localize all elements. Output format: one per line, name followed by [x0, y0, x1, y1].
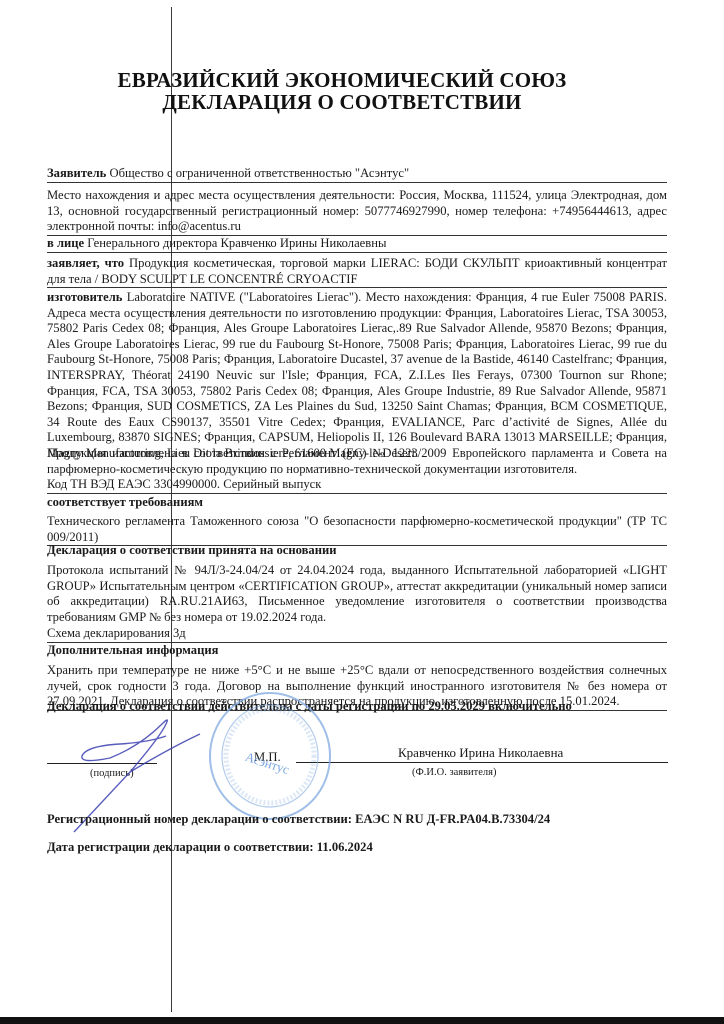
signer-name: Кравченко Ирина Николаевна: [398, 745, 658, 761]
product-description: Продукция косметическая, торговой марки …: [47, 256, 667, 286]
tn-ved-code: Код ТН ВЭД ЕАЭС 3304990000. Серийный вып…: [47, 477, 667, 494]
manufacturer-label: изготовитель: [47, 290, 122, 304]
represented-by-value: Генерального директора Кравченко Ирины Н…: [87, 236, 386, 250]
basis-text: Протокола испытаний № 94Л/3-24.04/24 от …: [47, 563, 667, 625]
applicant-value: Общество с ограниченной ответственностью…: [109, 166, 409, 180]
scan-bottom-edge: [0, 1017, 724, 1024]
signer-caption: (Ф.И.О. заявителя): [412, 765, 612, 781]
declares-row: заявляет, что Продукция косметическая, т…: [47, 256, 667, 288]
additional-heading: Дополнительная информация: [47, 643, 667, 659]
manufacturer-regulation: Продукция изготовлена в соответствии с Р…: [47, 446, 667, 477]
complies-heading: соответствует требованиям: [47, 495, 667, 511]
complies-text: Технического регламента Таможенного союз…: [47, 514, 667, 546]
svg-text:Асэнтус: Асэнтус: [243, 749, 291, 777]
declaration-title: ДЕКЛАРАЦИЯ О СООТВЕТСТВИИ: [0, 90, 704, 115]
declaration-scheme: Схема декларирования 3д: [47, 626, 667, 643]
signer-name-line: [296, 762, 668, 763]
manufacturer-value: Laboratoire NATIVE ("Laboratoires Lierac…: [47, 290, 667, 460]
company-stamp-icon: Асэнтус: [207, 690, 333, 822]
registration-date-row: Дата регистрации декларации о соответств…: [47, 840, 667, 856]
applicant-label: Заявитель: [47, 166, 106, 180]
registration-number-label: Регистрационный номер декларации о соотв…: [47, 812, 352, 826]
represented-by-row: в лице Генерального директора Кравченко …: [47, 236, 667, 253]
applicant-row: Заявитель Общество с ограниченной ответс…: [47, 166, 667, 183]
manufacturer-row: изготовитель Laboratoire NATIVE ("Labora…: [47, 290, 667, 462]
registration-number-row: Регистрационный номер декларации о соотв…: [47, 812, 667, 828]
basis-heading: Декларация о соответствии принята на осн…: [47, 543, 667, 559]
registration-date-label: Дата регистрации декларации о соответств…: [47, 840, 314, 854]
registration-number-value: ЕАЭС N RU Д-FR.PA04.B.73304/24: [355, 812, 550, 826]
represented-by-label: в лице: [47, 236, 84, 250]
registration-date-value: 11.06.2024: [317, 840, 373, 854]
applicant-address: Место нахождения и адрес места осуществл…: [47, 188, 667, 236]
declares-label: заявляет, что: [47, 256, 124, 270]
